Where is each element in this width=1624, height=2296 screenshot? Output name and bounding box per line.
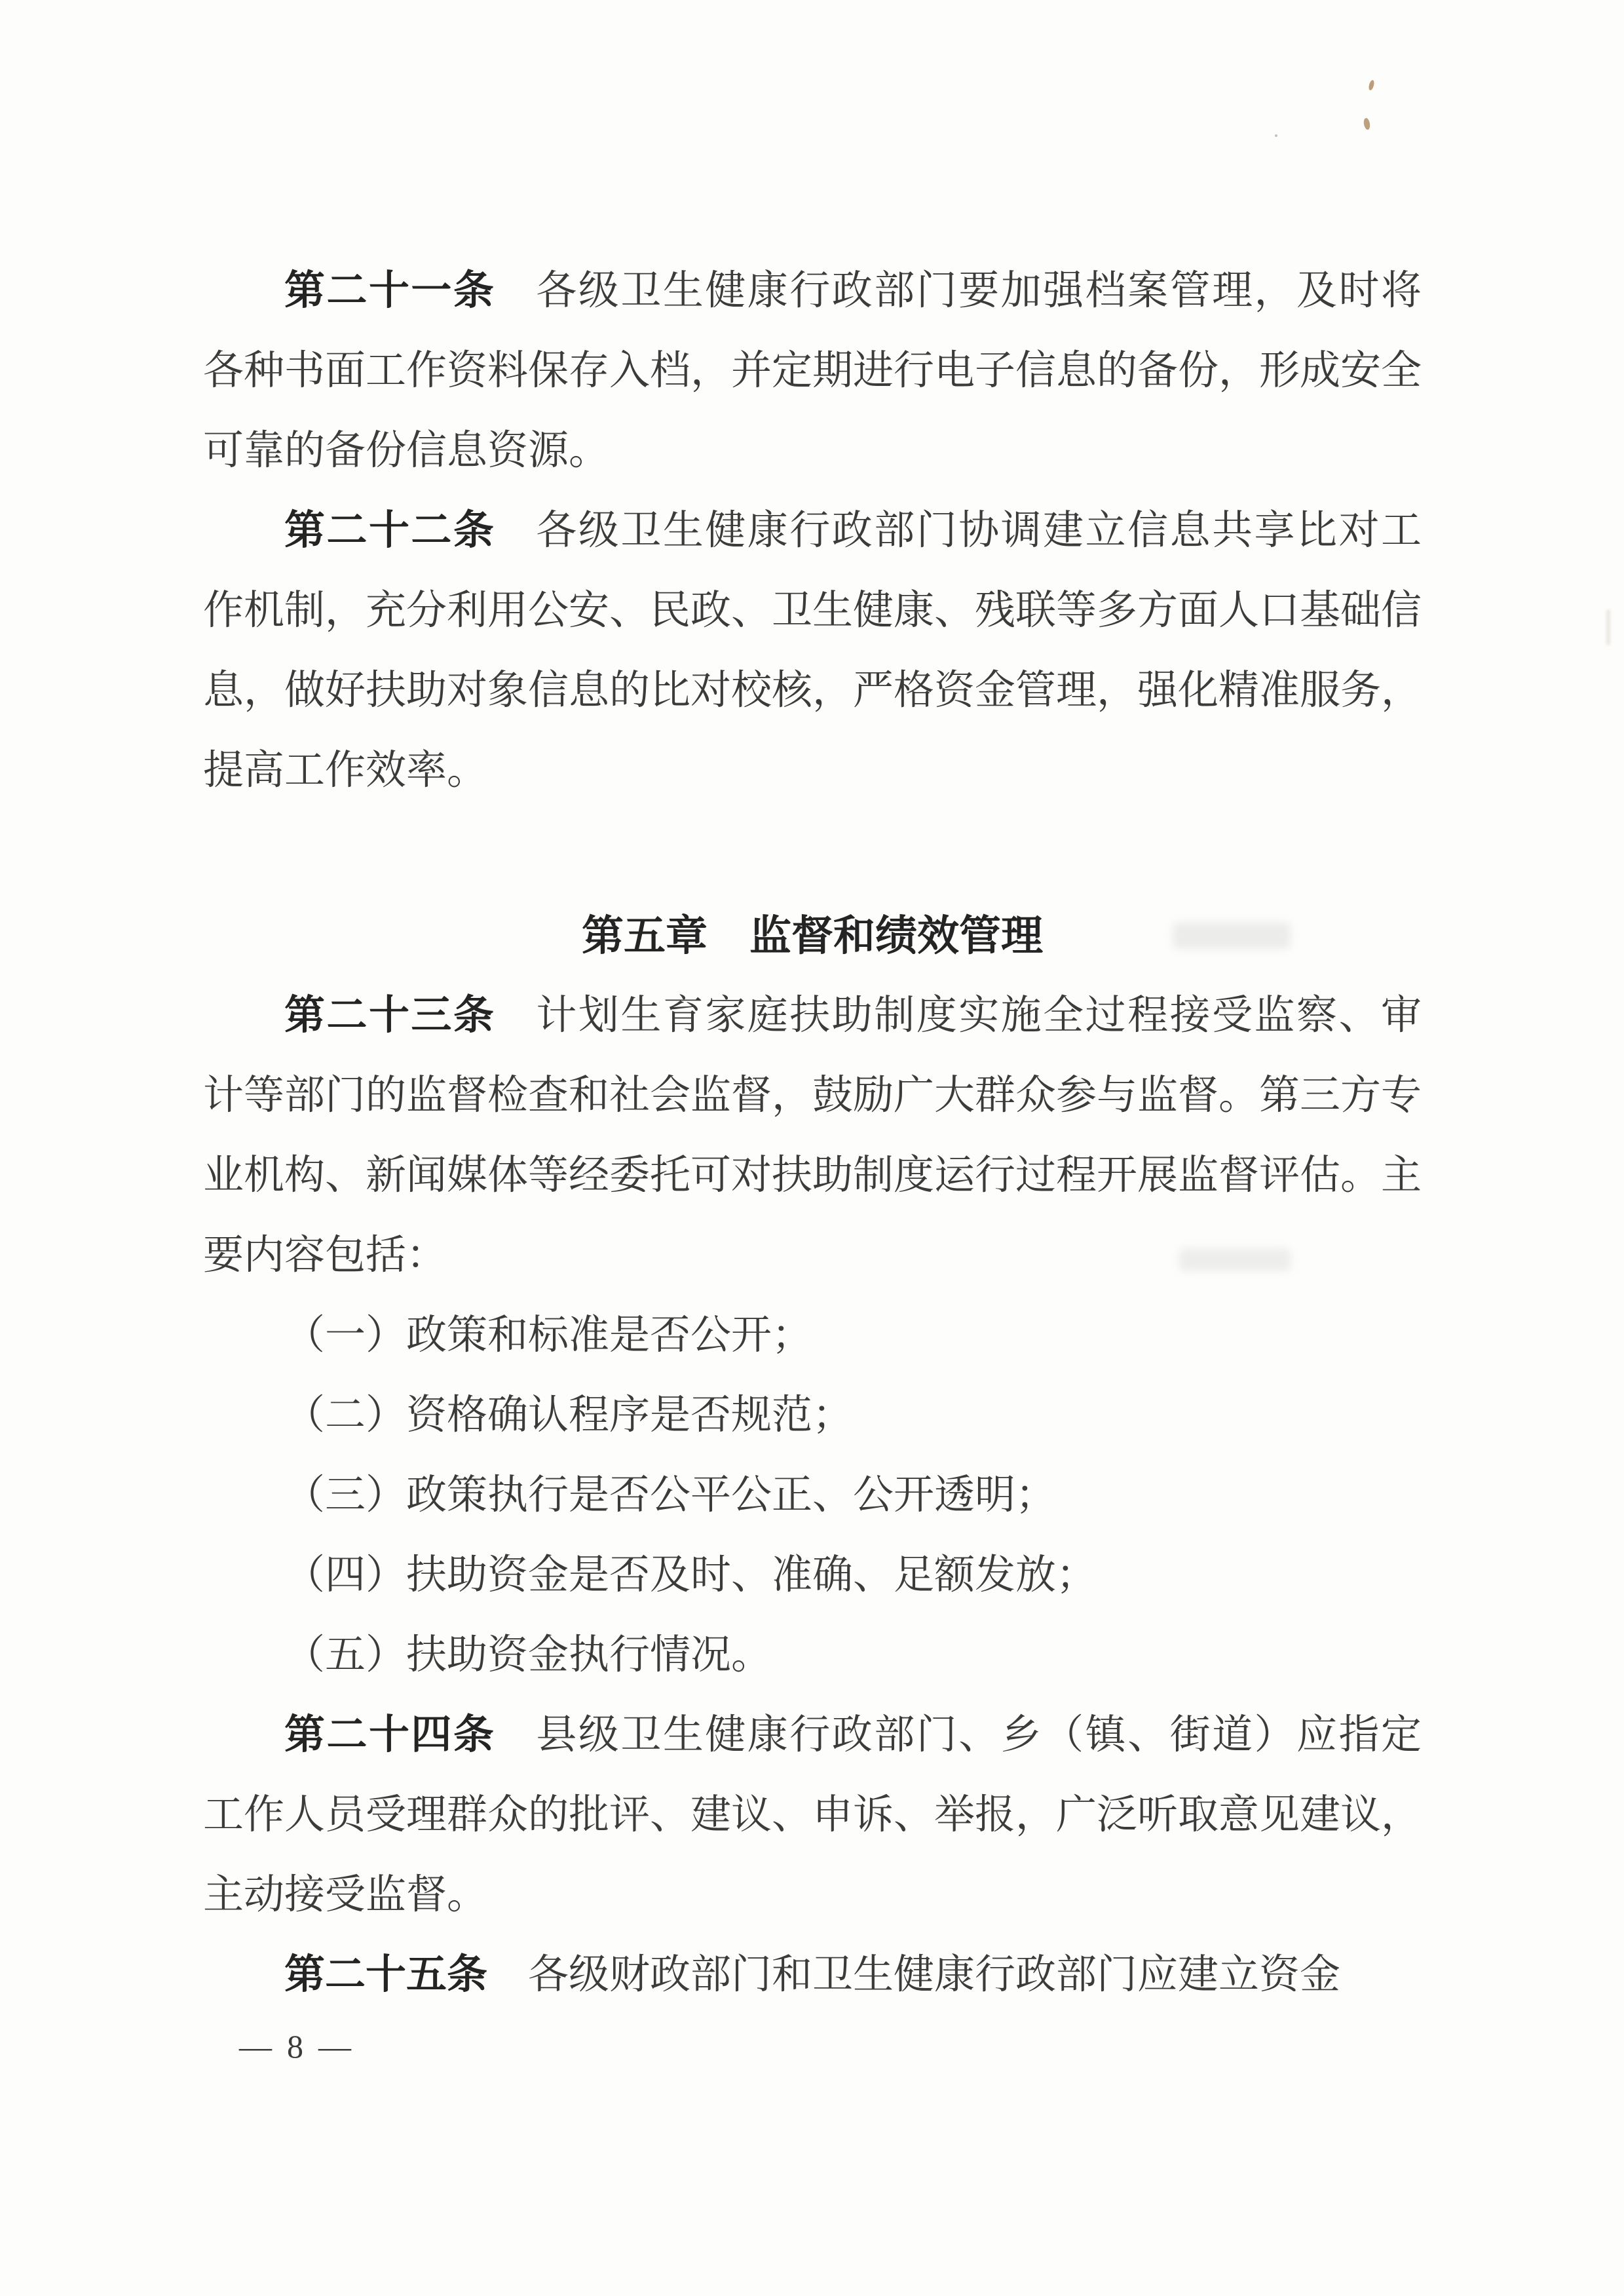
document-body: 第二十一条各级卫生健康行政部门要加强档案管理，及时将各种书面工作资料保存入档，并… (203, 251, 1422, 2015)
footer-dash-left: — (239, 2028, 272, 2065)
article-21-paragraph: 第二十一条各级卫生健康行政部门要加强档案管理，及时将各种书面工作资料保存入档，并… (203, 251, 1422, 491)
article-24-paragraph: 第二十四条县级卫生健康行政部门、乡（镇、街道）应指定工作人员受理群众的批评、建议… (203, 1695, 1422, 1935)
article-22-paragraph: 第二十二条各级卫生健康行政部门协调建立信息共享比对工作机制，充分利用公安、民政、… (203, 491, 1422, 811)
supervision-item-2: （二）资格确认程序是否规范； (203, 1375, 1422, 1455)
supervision-item-1: （一）政策和标准是否公开； (203, 1295, 1422, 1375)
article-25-number: 第二十五条 (284, 1952, 487, 1997)
article-25-paragraph: 第二十五条各级财政部门和卫生健康行政部门应建立资金 (203, 1935, 1422, 2015)
supervision-item-4: （四）扶助资金是否及时、准确、足额发放； (203, 1535, 1422, 1615)
supervision-item-5: （五）扶助资金执行情况。 (203, 1615, 1422, 1695)
page-footer: —8— (239, 2027, 351, 2066)
scanned-document-page: 第二十一条各级卫生健康行政部门要加强档案管理，及时将各种书面工作资料保存入档，并… (0, 0, 1624, 2296)
scan-bleedthrough-smudge (1173, 923, 1291, 949)
scan-edge-smudge (1606, 609, 1610, 645)
article-23-paragraph: 第二十三条计划生育家庭扶助制度实施全过程接受监察、审计等部门的监督检查和社会监督… (203, 976, 1422, 1295)
scan-speck (1363, 117, 1371, 130)
footer-dash-right: — (318, 2028, 351, 2065)
article-24-number: 第二十四条 (284, 1712, 495, 1757)
supervision-item-3: （三）政策执行是否公平公正、公开透明； (203, 1455, 1422, 1535)
article-22-number: 第二十二条 (284, 508, 495, 553)
article-23-number: 第二十三条 (284, 993, 495, 1038)
page-number: 8 (287, 2028, 303, 2065)
scan-speck (1368, 79, 1375, 90)
scan-bleedthrough-smudge (1179, 1248, 1291, 1271)
article-25-text: 各级财政部门和卫生健康行政部门应建立资金 (528, 1953, 1340, 1997)
article-21-number: 第二十一条 (284, 268, 495, 313)
scan-speck (1275, 134, 1277, 137)
